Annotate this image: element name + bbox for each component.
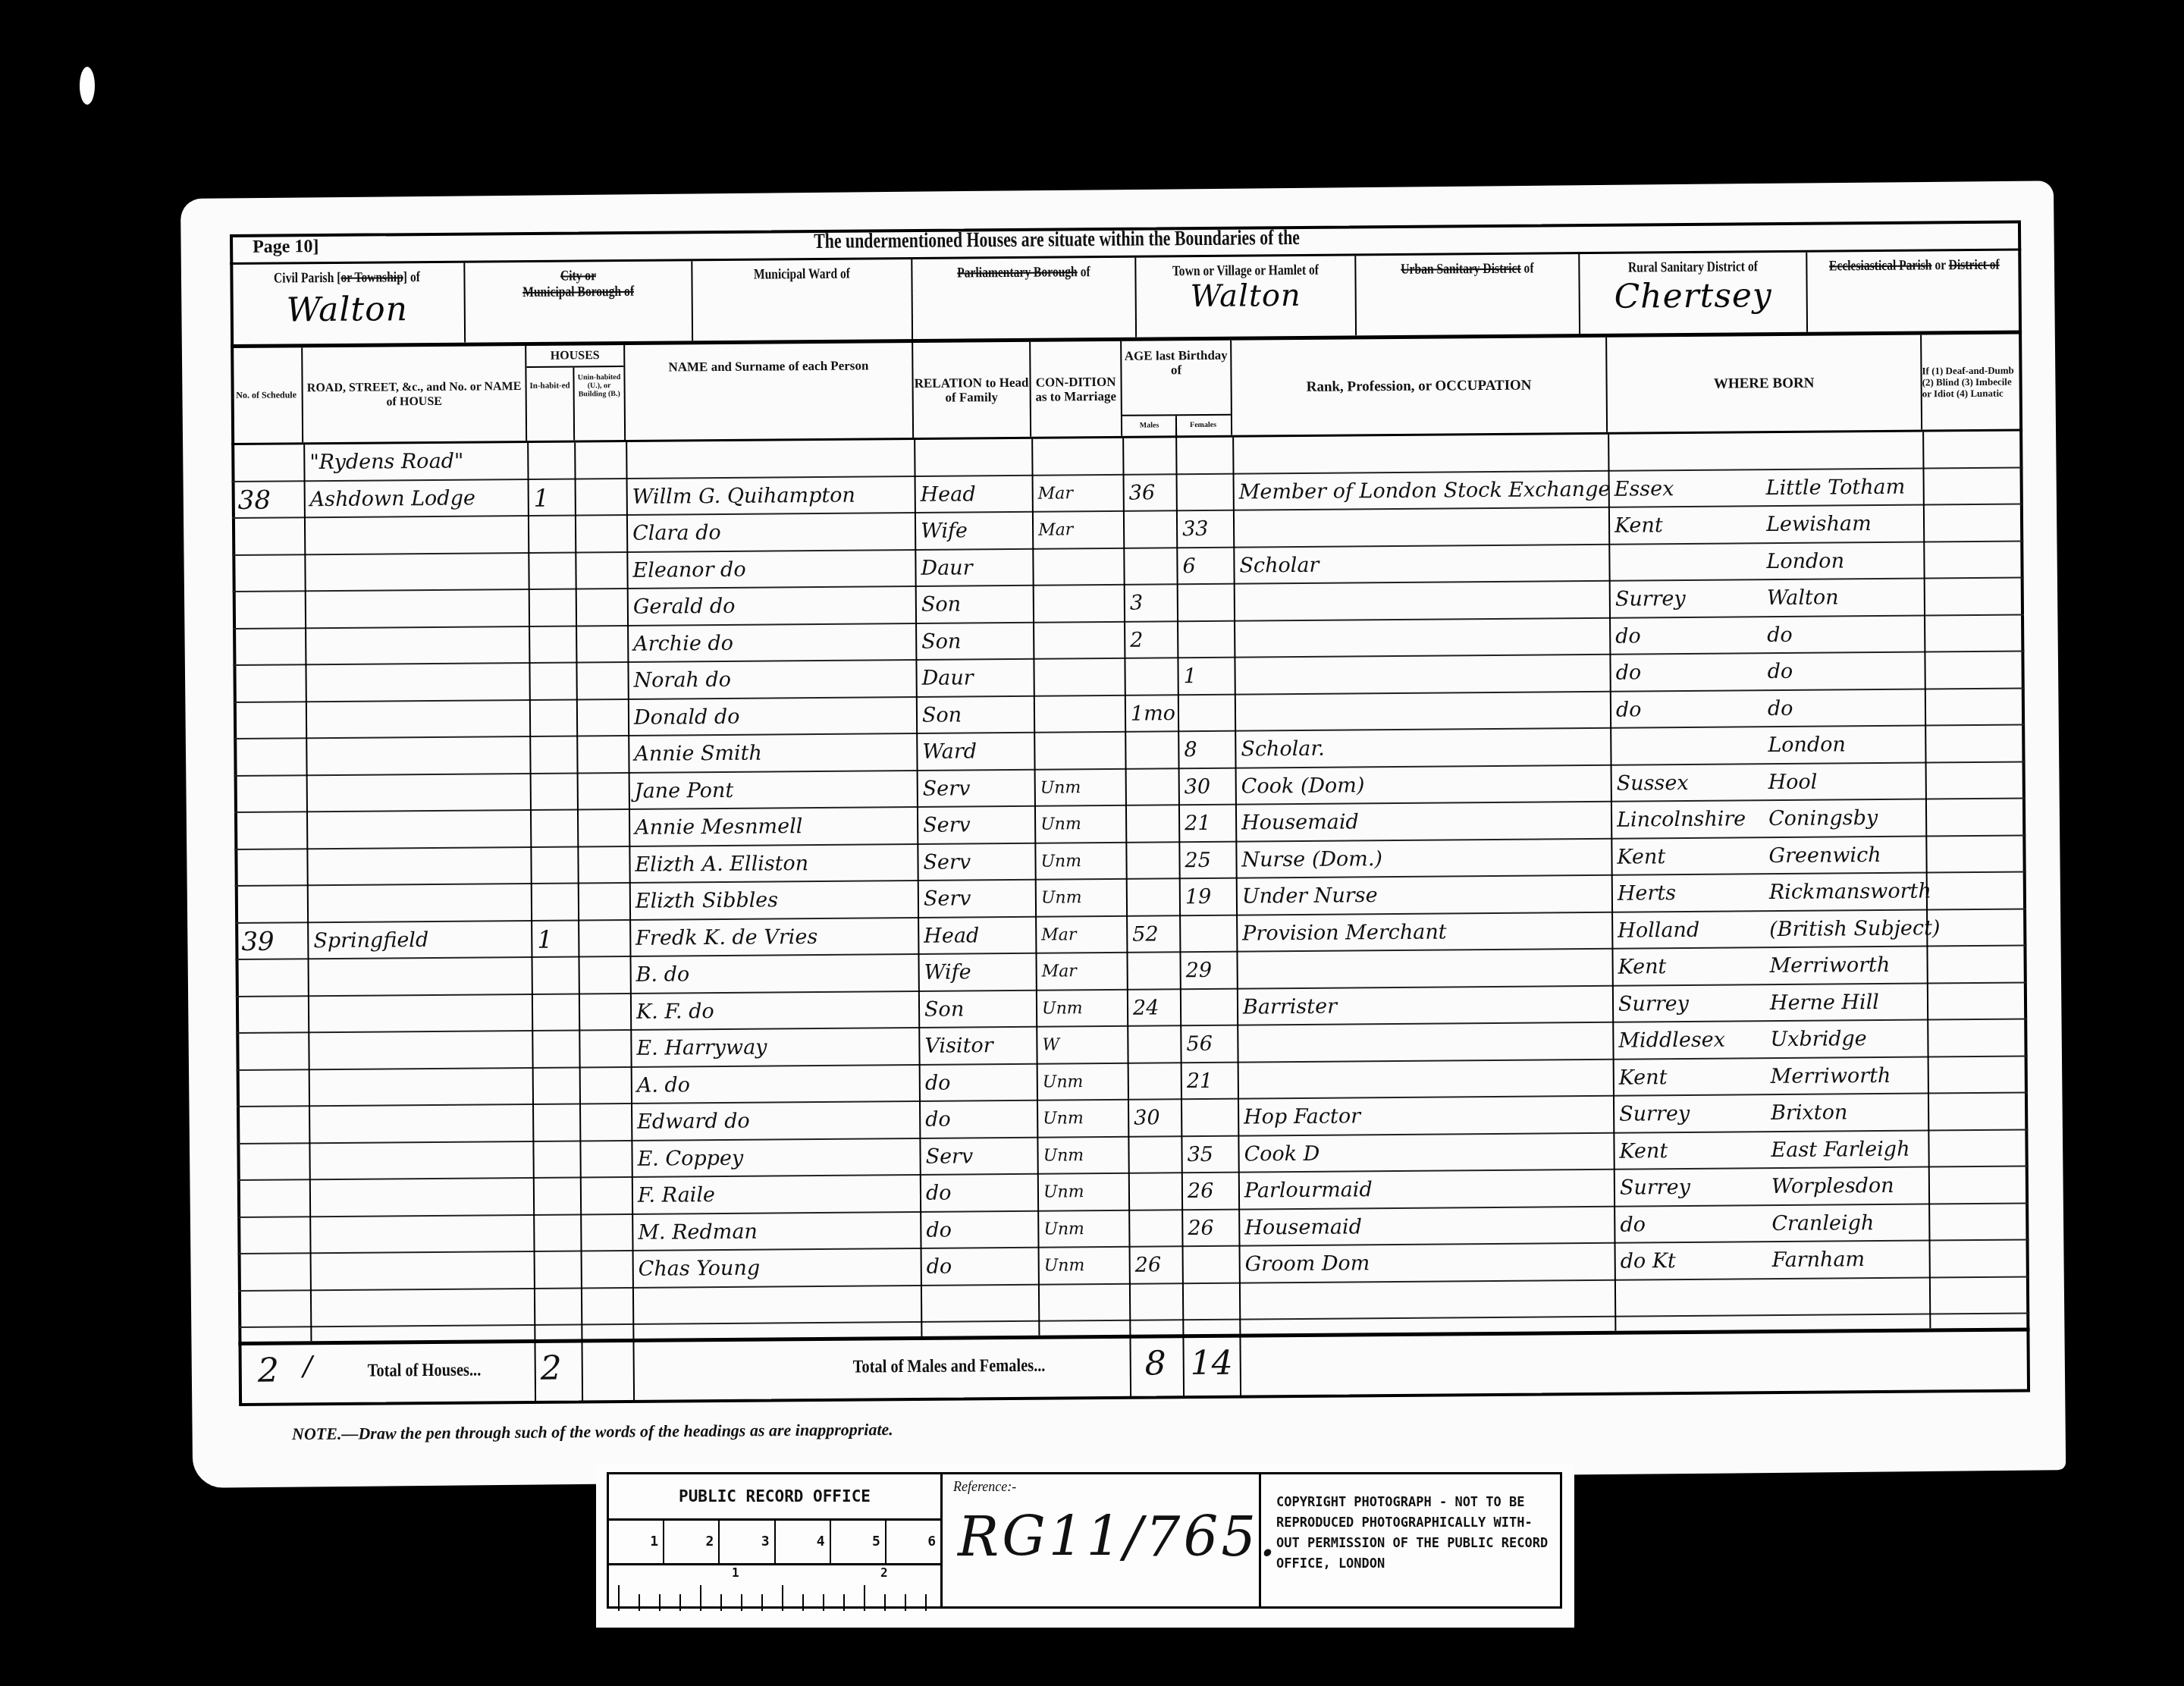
cell-schedule — [234, 739, 306, 776]
reference-value: RG11/765. — [958, 1505, 1279, 1568]
admin-town-village: Town or Village or Hamlet of Walton — [1136, 256, 1357, 337]
total-males: 8 — [1145, 1344, 1166, 1383]
cell-name: B. do — [630, 955, 918, 994]
cell-occupation — [1236, 950, 1611, 989]
total-schedules: 2 — [258, 1352, 279, 1390]
cell-male-age: 2 — [1124, 622, 1177, 659]
cell-relation: Head — [918, 917, 1035, 954]
cell-inhabited — [529, 663, 576, 699]
cell-born-county: Surrey — [1609, 580, 1761, 618]
cell-occupation — [1234, 655, 1609, 695]
cell-born-place — [1759, 432, 1922, 469]
cell-relation: Visitor — [918, 1028, 1036, 1065]
ruler-tick — [802, 1594, 804, 1611]
cell-condition — [1033, 622, 1124, 659]
cell-female-age: 21 — [1181, 1063, 1238, 1100]
cell-condition — [1033, 659, 1124, 696]
cell-occupation: Under Nurse — [1236, 876, 1611, 915]
cell-female-age: 6 — [1176, 548, 1233, 585]
cell-condition: Mar — [1035, 953, 1126, 991]
cell-born-county: Kent — [1613, 1132, 1765, 1170]
cell-condition: Mar — [1035, 916, 1126, 953]
cell-born-county: Surrey — [1614, 1169, 1765, 1207]
reference-box: Reference:- RG11/765. — [943, 1474, 1261, 1606]
cell-occupation: Housemaid — [1238, 1207, 1614, 1246]
total-persons-label: Total of Males and Females... — [853, 1356, 1046, 1378]
cell-occupation — [1235, 692, 1610, 731]
cell-male-age — [1127, 1026, 1180, 1063]
cell-road — [305, 664, 529, 702]
cell-name: Clara do — [626, 513, 915, 552]
cell-born-county: do — [1609, 654, 1761, 692]
ruler-tick — [679, 1594, 681, 1611]
cell-relation: Serv — [917, 843, 1034, 881]
cell-female-age — [1178, 695, 1235, 732]
cell-name: Chas Young — [632, 1249, 921, 1288]
admin-label: Municipal Borough of — [485, 283, 671, 300]
ruler-tick — [741, 1594, 742, 1611]
cell-name: E. Coppey — [631, 1138, 919, 1177]
age-label: AGE last Birthday of — [1122, 348, 1230, 378]
col-houses: HOUSES In-habit-ed Unin-habited (U.), or… — [526, 345, 626, 441]
cell-inhabited — [533, 1215, 580, 1251]
cell-occupation: Scholar — [1233, 545, 1608, 584]
census-sheet: Page 10] The undermentioned Houses are s… — [230, 220, 2030, 1406]
cell-road — [309, 1179, 533, 1217]
cell-name: M. Redman — [632, 1212, 920, 1251]
cell-inhabited — [530, 847, 577, 884]
cell-schedule — [237, 1107, 309, 1144]
cell-born-county: do Kt — [1614, 1242, 1766, 1280]
cell-road — [305, 626, 529, 664]
cell-name: Willm G. Quihampton — [626, 476, 915, 515]
cell-condition: Mar — [1032, 475, 1123, 512]
cell-male-age: 52 — [1126, 916, 1179, 953]
cell-relation: Wife — [915, 513, 1032, 550]
total-houses-label: Total of Houses... — [368, 1360, 482, 1381]
cell-relation: Son — [915, 586, 1033, 623]
admin-divisions-row: Civil Parish [or Township] of Walton Cit… — [230, 250, 2022, 348]
cell-born-county: do — [1610, 691, 1762, 729]
admin-ecclesiastical: Ecclesiastical Parish or District of — [1807, 250, 2022, 331]
cell-inhabited: 1 — [528, 479, 575, 516]
cell-born-place: do — [1761, 652, 1924, 690]
cell-condition — [1031, 438, 1122, 476]
cell-occupation: Scholar. — [1235, 729, 1610, 768]
cell-occupation: Groom Dom — [1239, 1244, 1614, 1283]
cell-schedule — [234, 776, 306, 813]
cell-born-place: Cranleigh — [1765, 1204, 1928, 1242]
cell-name: Eleanor do — [626, 550, 915, 589]
cell-name: Gerald do — [627, 587, 915, 626]
cell-male-age: 24 — [1127, 990, 1180, 1027]
cell-name: E. Harryway — [630, 1028, 918, 1067]
cell-condition: Unm — [1034, 806, 1125, 843]
cell-male-age: 30 — [1128, 1100, 1181, 1137]
cell-schedule — [234, 702, 306, 739]
cell-male-age — [1128, 1137, 1181, 1174]
cell-schedule — [231, 444, 303, 482]
cell-male-age — [1125, 843, 1178, 880]
cell-inhabited — [534, 1251, 581, 1288]
col-schedule: No. of Schedule — [231, 347, 303, 443]
cell-born-county: do — [1609, 617, 1761, 655]
cell-female-age: 8 — [1178, 732, 1235, 769]
copyright-notice: COPYRIGHT PHOTOGRAPH - NOT TO BE REPRODU… — [1276, 1493, 1549, 1575]
cell-schedule — [235, 886, 307, 923]
cell-relation: do — [921, 1248, 1038, 1286]
admin-label: Municipal Ward of — [712, 259, 891, 283]
cell-inhabited: 1 — [531, 921, 578, 957]
cell-born-place: Merriworth — [1763, 947, 1926, 984]
cell-occupation — [1238, 1060, 1613, 1099]
cell-male-age — [1123, 511, 1176, 548]
ruler-tick — [761, 1594, 763, 1611]
ruler-tick — [700, 1585, 701, 1611]
cell-relation: Son — [918, 991, 1036, 1028]
cell-name — [626, 440, 914, 479]
film-speck — [80, 67, 95, 105]
cell-born-county: Kent — [1611, 838, 1762, 876]
col-relation: RELATION to Head of Family — [913, 342, 1031, 438]
cell-schedule — [232, 518, 304, 555]
cell-born-county — [1608, 544, 1760, 582]
cell-name: Archie do — [627, 623, 915, 662]
cell-born-county: Essex — [1608, 470, 1760, 508]
cell-female-age: 21 — [1178, 805, 1235, 843]
cell-inhabited — [531, 884, 578, 920]
cell-schedule — [236, 997, 308, 1034]
cell-relation: do — [920, 1211, 1037, 1248]
record-office-box: PUBLIC RECORD OFFICE 1 2 3 4 5 6 1 2 — [609, 1474, 943, 1606]
cell-road — [309, 1105, 532, 1143]
cell-schedule — [236, 1033, 308, 1070]
cell-born-place: Walton — [1761, 579, 1924, 617]
ruler-tick — [905, 1594, 906, 1611]
cell-relation: do — [920, 1175, 1037, 1212]
cell-occupation: Housemaid — [1235, 802, 1611, 842]
ruler-tick — [823, 1594, 824, 1611]
cell-female-age: 29 — [1179, 953, 1236, 990]
cell-female-age — [1179, 915, 1236, 953]
cell-name: Edward do — [631, 1102, 919, 1141]
col-infirmity: If (1) Deaf-and-Dumb (2) Blind (3) Imbec… — [1922, 334, 2022, 429]
col-road: ROAD, STREET, &c., and No. or NAME of HO… — [303, 346, 527, 442]
admin-parliamentary-borough: Parliamentary Borough of — [912, 258, 1137, 339]
admin-civil-parish: Civil Parish [or Township] of Walton — [230, 263, 466, 344]
cell-relation: Serv — [918, 881, 1035, 918]
cell-condition: Unm — [1037, 1100, 1128, 1138]
cell-inhabited — [530, 810, 577, 846]
cell-occupation: Nurse (Dom.) — [1235, 839, 1611, 878]
cell-road: Ashdown Lodge — [304, 479, 528, 517]
cell-born-county: do — [1614, 1206, 1765, 1244]
houses-label: HOUSES — [526, 345, 623, 368]
cell-relation: Serv — [919, 1138, 1037, 1175]
cell-female-age: 30 — [1178, 768, 1235, 805]
cell-female-age: 56 — [1180, 1026, 1237, 1063]
cell-condition: Mar — [1032, 512, 1123, 549]
col-condition: CON-DITION as to Marriage — [1031, 341, 1122, 437]
cell-road: Springfield — [307, 921, 531, 959]
admin-value: Chertsey — [1580, 276, 1806, 316]
cell-name: Jane Pont — [629, 771, 917, 809]
cell-condition: Unm — [1035, 880, 1126, 917]
cell-schedule: 38 — [232, 482, 304, 519]
cell-female-age: 33 — [1176, 511, 1233, 548]
cell-name: F. Raile — [632, 1176, 920, 1214]
cell-schedule — [236, 959, 308, 997]
cell-inhabited — [529, 700, 576, 736]
cell-born-county: Kent — [1608, 507, 1760, 545]
scale-number: 1 — [609, 1521, 664, 1563]
cell-male-age — [1128, 1210, 1181, 1248]
record-office-title: PUBLIC RECORD OFFICE — [609, 1474, 940, 1521]
cell-inhabited — [532, 1104, 579, 1141]
cell-born-place: Greenwich — [1762, 837, 1925, 874]
scale-number: 2 — [664, 1521, 720, 1563]
cell-road — [310, 1252, 534, 1290]
cell-born-place: Brixton — [1765, 1094, 1928, 1132]
cell-condition: Unm — [1034, 769, 1125, 806]
cell-male-age — [1126, 953, 1179, 990]
cell-relation: do — [919, 1101, 1037, 1138]
cell-road — [306, 700, 529, 738]
cell-road — [306, 847, 530, 885]
admin-municipal-ward: Municipal Ward of — [692, 259, 913, 341]
cell-born-county — [1608, 433, 1759, 471]
cell-name: K. F. do — [630, 991, 918, 1030]
cell-road — [309, 1215, 533, 1253]
total-houses-value: 2 — [541, 1349, 562, 1388]
cell-occupation: Hop Factor — [1238, 1097, 1613, 1136]
cell-road — [309, 1141, 532, 1179]
cell-condition: W — [1036, 1027, 1127, 1064]
cell-schedule — [233, 629, 305, 666]
ruler-tick — [843, 1594, 845, 1611]
cell-inhabited — [529, 736, 576, 773]
col-males: Males — [1123, 416, 1176, 436]
cell-female-age: 26 — [1181, 1210, 1238, 1247]
cell-male-age — [1124, 658, 1177, 695]
cell-condition — [1032, 548, 1123, 586]
cell-born-county: Surrey — [1612, 985, 1764, 1023]
cell-born-county: Holland — [1611, 912, 1763, 950]
cell-name: A. do — [631, 1065, 919, 1104]
col-occupation: Rank, Profession, or OCCUPATION — [1232, 338, 1608, 435]
cell-born-county: Kent — [1611, 948, 1763, 986]
cell-inhabited — [532, 1068, 579, 1104]
cell-occupation — [1232, 435, 1608, 474]
cell-male-age — [1123, 548, 1176, 586]
cell-occupation: Member of London Stock Exchange — [1233, 471, 1608, 510]
cell-schedule — [233, 665, 305, 702]
cell-born-place: East Farleigh — [1765, 1131, 1928, 1169]
cell-born-place: Uxbridge — [1764, 1020, 1927, 1058]
admin-label: Town or Village or Hamlet of — [1156, 256, 1335, 280]
cell-road — [306, 774, 530, 812]
admin-value: Walton — [1137, 278, 1355, 314]
cell-male-age — [1128, 1173, 1181, 1210]
cell-female-age — [1177, 585, 1234, 622]
cell-born-place: Farnham — [1766, 1241, 1929, 1279]
cell-condition: Unm — [1037, 1063, 1128, 1100]
cell-occupation: Provision Merchant — [1236, 912, 1611, 952]
cell-name: Annie Smith — [628, 734, 916, 773]
cell-female-age — [1182, 1247, 1239, 1284]
cell-female-age — [1175, 438, 1232, 475]
scale-number: 6 — [886, 1521, 940, 1563]
cell-born-county: Herts — [1611, 874, 1763, 912]
admin-municipal-borough: City or Municipal Borough of — [465, 261, 693, 342]
cell-male-age: 3 — [1124, 585, 1177, 622]
cell-female-age: 1 — [1177, 658, 1234, 695]
cell-male-age: 26 — [1129, 1247, 1182, 1284]
cell-male-age: 1mo — [1125, 695, 1178, 733]
cell-schedule — [237, 1180, 309, 1217]
ruler-tick — [659, 1594, 661, 1611]
total-females: 14 — [1191, 1344, 1233, 1383]
cell-inhabited — [533, 1178, 580, 1214]
cell-road: "Rydens Road" — [303, 443, 527, 481]
cell-female-age: 35 — [1181, 1136, 1238, 1173]
cell-occupation: Barrister — [1237, 986, 1612, 1025]
cell-born-place: (British Subject) — [1763, 910, 1926, 948]
reference-label: Reference:- — [953, 1479, 1016, 1495]
cell-occupation: Parlourmaid — [1238, 1170, 1614, 1210]
cell-road — [308, 958, 532, 996]
scale-number: 3 — [720, 1521, 775, 1563]
cell-born-county: Lincolnshire — [1611, 801, 1762, 839]
cell-relation: Daur — [915, 660, 1033, 697]
cell-condition — [1034, 695, 1125, 733]
ruler-mark: 2 — [880, 1565, 888, 1580]
cell-schedule — [237, 1070, 309, 1107]
cell-schedule — [237, 1217, 309, 1254]
cell-male-age — [1128, 1063, 1181, 1100]
col-uninhabited: Unin-habited (U.), or Building (B.) — [574, 367, 624, 441]
cell-schedule — [238, 1254, 310, 1291]
cell-condition: Unm — [1037, 1174, 1128, 1211]
cell-schedule: 39 — [235, 923, 307, 960]
cell-occupation — [1237, 1023, 1612, 1063]
ruler-tick — [884, 1594, 886, 1611]
cell-female-age: 26 — [1181, 1173, 1238, 1210]
ruler: 1 2 — [609, 1565, 940, 1611]
boundary-heading: The undermentioned Houses are situate wi… — [814, 226, 1300, 254]
cell-male-age — [1125, 805, 1178, 843]
cell-female-age — [1181, 1100, 1238, 1137]
cell-schedule — [237, 1144, 309, 1181]
cell-relation: Wife — [918, 954, 1035, 991]
cell-condition — [1034, 733, 1125, 770]
ruler-tick — [639, 1594, 640, 1611]
cell-inhabited — [532, 1141, 579, 1178]
cell-inhabited — [528, 553, 575, 589]
cell-condition: Unm — [1037, 1210, 1128, 1248]
cell-name: Elizth Sibbles — [629, 881, 918, 920]
cell-born-county: Surrey — [1613, 1095, 1765, 1133]
cell-female-age — [1177, 621, 1234, 658]
cell-schedule — [232, 555, 304, 592]
cell-born-place: London — [1762, 726, 1925, 764]
col-where-born: WHERE BORN — [1607, 334, 1922, 432]
admin-rural-sanitary: Rural Sanitary District of Chertsey — [1580, 253, 1808, 334]
cell-inhabited — [532, 957, 579, 994]
cell-inhabited — [530, 774, 577, 810]
cell-condition: Unm — [1036, 990, 1127, 1027]
scale-numbers: 1 2 3 4 5 6 — [609, 1521, 940, 1565]
cell-name: Norah do — [627, 661, 915, 699]
ruler-tick — [720, 1594, 722, 1611]
cell-condition — [1033, 586, 1124, 623]
cell-born-county: Kent — [1613, 1059, 1765, 1097]
cell-name: Elizth A. Elliston — [629, 844, 917, 883]
col-age: AGE last Birthday of MalesFemales — [1122, 341, 1232, 436]
cell-male-age — [1125, 769, 1178, 806]
cell-born-place: Hool — [1762, 763, 1925, 801]
cell-female-age: 19 — [1179, 879, 1236, 916]
cell-road — [306, 811, 530, 849]
cell-born-place: London — [1760, 542, 1923, 580]
admin-label: City or — [485, 261, 671, 284]
cell-schedule — [233, 592, 305, 629]
cell-road — [308, 994, 532, 1032]
col-name: NAME and Surname of each Person — [625, 343, 914, 440]
cell-road — [307, 884, 531, 922]
cell-occupation: Cook D — [1238, 1133, 1613, 1173]
cell-female-age — [1176, 474, 1233, 511]
cell-occupation — [1234, 582, 1609, 621]
cell-relation: Son — [916, 696, 1034, 733]
admin-label: Rural Sanitary District of — [1600, 253, 1786, 276]
cell-inhabited — [529, 589, 576, 626]
cell-occupation: Cook (Dom) — [1235, 765, 1611, 805]
cell-relation: Serv — [917, 770, 1034, 807]
cell-name: Fredk K. de Vries — [629, 918, 918, 956]
cell-condition: Unm — [1038, 1248, 1129, 1285]
cell-male-age — [1125, 732, 1178, 769]
cell-condition: Unm — [1034, 843, 1125, 880]
cell-road — [305, 590, 529, 628]
cell-born-county: Sussex — [1611, 765, 1762, 802]
cell-male-age: 36 — [1123, 475, 1176, 512]
cell-schedule — [234, 812, 306, 849]
cell-inhabited — [529, 626, 576, 663]
scale-number: 4 — [776, 1521, 831, 1563]
cell-born-place: Lewisham — [1760, 505, 1923, 543]
ruler-tick — [782, 1585, 783, 1611]
tick-mark: / — [303, 1351, 312, 1382]
col-females: Females — [1176, 416, 1229, 436]
cell-relation: Ward — [916, 733, 1034, 771]
cell-relation: Son — [915, 623, 1033, 660]
cell-name: Donald do — [628, 697, 916, 736]
cell-male-age — [1122, 438, 1175, 475]
cell-born-place: Herne Hill — [1764, 984, 1927, 1022]
cell-female-age: 25 — [1178, 842, 1235, 879]
page-number: Page 10] — [253, 237, 319, 258]
col-inhabited: In-habit-ed — [526, 367, 575, 440]
cell-schedule — [234, 849, 306, 887]
admin-urban-sanitary: Urban Sanitary District of — [1356, 254, 1580, 335]
column-headers: No. of Schedule ROAD, STREET, &c., and N… — [231, 334, 2022, 445]
cell-relation: Daur — [915, 549, 1032, 586]
cell-born-place: Worplesdon — [1765, 1167, 1928, 1205]
ruler-tick — [618, 1585, 620, 1611]
cell-relation: do — [919, 1064, 1037, 1101]
cell-inhabited — [532, 1031, 579, 1067]
